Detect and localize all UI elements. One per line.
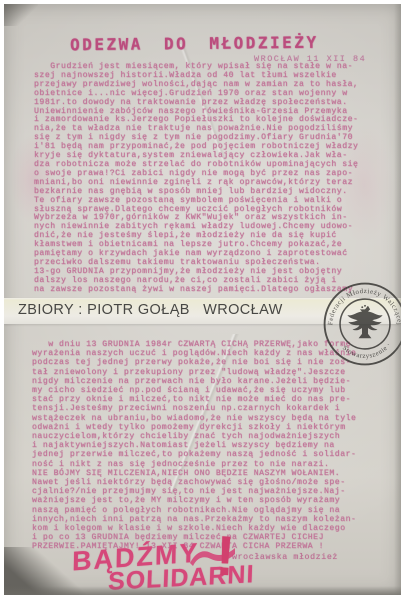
slogan-exclamation: ! bbox=[215, 528, 237, 585]
body-text-page2: w dniu 13 GRUDNIA 1984r CZWARTĄ CICHĄ PR… bbox=[32, 340, 356, 552]
photo-edge-shadow bbox=[4, 586, 401, 595]
collection-label: ZBIORY : PIOTR GOŁĄB WROCŁAW bbox=[18, 302, 283, 318]
svg-text:· Stowarzyszenie ·: · Stowarzyszenie · bbox=[337, 341, 392, 360]
eagle-icon bbox=[347, 305, 382, 338]
stamp-seal: Federacji Młodzieży Walczącej · Stowarzy… bbox=[322, 281, 401, 367]
photo-corner-shadow bbox=[4, 4, 38, 26]
body-text-page1: Grudzień jest miesiącem, który wpisał si… bbox=[34, 63, 358, 295]
page-title: ODEZWA DO MŁODZIEŻY bbox=[70, 33, 319, 55]
stamp-ring-text-bottom: · Stowarzyszenie · bbox=[337, 341, 392, 360]
paper: ODEZWA DO MŁODZIEŻY WROCŁAW 11 XII 84 Gr… bbox=[4, 4, 401, 595]
photo-frame: ODEZWA DO MŁODZIEŻY WROCŁAW 11 XII 84 Gr… bbox=[0, 0, 405, 599]
photo-edge-shadow bbox=[394, 4, 401, 595]
